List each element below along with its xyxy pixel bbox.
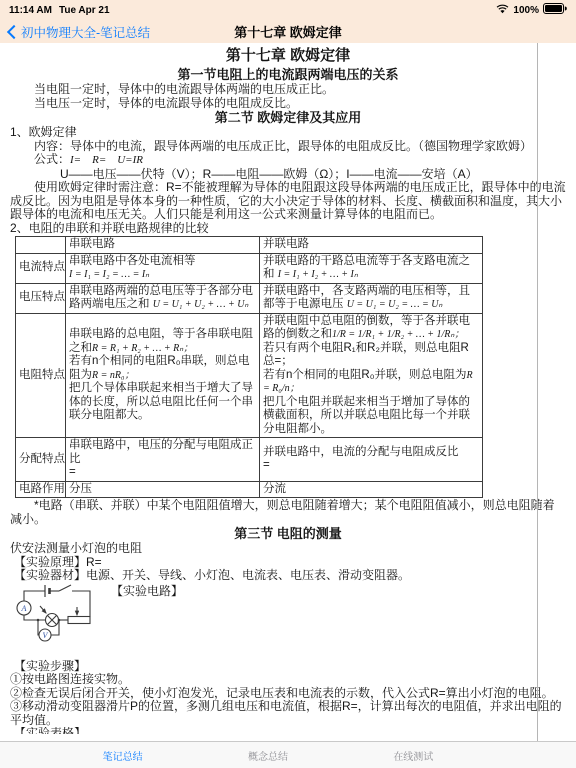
- cell-line: 若有n个相同的电阻R₀串联，则总电阻为R = nR₀；: [69, 355, 256, 382]
- cell-formula: 1/R = 1/R₁ + 1/R₂ + … + 1/Rₙ；: [332, 329, 464, 340]
- cell-line: 串联电路的总电阻，等于各串联电阻之和R = R₁ + R₂ + … + Rₙ；: [69, 328, 256, 355]
- step-1: ①按电路图连接实物。: [10, 673, 566, 687]
- circuit-diagram: A V: [12, 584, 107, 646]
- status-bar: 11:14 AM Tue Apr 21 100%: [0, 0, 576, 20]
- table-row-current: 电流特点 串联电路中各处电流相等 I = I₁ = I₂ = … = Iₙ 并联…: [16, 253, 483, 283]
- row-label: 电路作用: [16, 481, 66, 498]
- cell-formula: I = I₁ + I₂ + … + Iₙ: [278, 269, 358, 280]
- ohm-formula: I= R= U=IR: [70, 154, 143, 166]
- chevron-left-icon: [7, 24, 21, 38]
- compare-heading: 2、电阻的串联和并联电路规律的比较: [10, 222, 566, 236]
- cell-parallel: 并联电路中，电流的分配与电阻成反比 =: [260, 438, 483, 482]
- wifi-icon: [496, 4, 509, 17]
- battery-percent: 100%: [513, 5, 539, 16]
- table-row-voltage: 电压特点 串联电路两端的总电压等于各部分电路两端电压之和 U = U₁ + U₂…: [16, 283, 483, 313]
- header-serial: 串联电路: [66, 237, 260, 254]
- header-empty: [16, 237, 66, 254]
- nav-title: 第十七章 欧姆定律: [234, 22, 342, 41]
- back-button[interactable]: 初中物理大全-笔记总结: [9, 23, 150, 41]
- clipped-line: 【实验表格】: [10, 727, 566, 734]
- cell-serial: 串联电路中，电压的分配与电阻成正比 =: [66, 438, 260, 482]
- cell-parallel: 并联电路中，各支路两端的电压相等，且都等于电源电压 U = U₁ = U₂ = …: [260, 283, 483, 313]
- ohm-content: 内容：导体中的电流，跟导体两端的电压成正比，跟导体的电阻成反比。（德国物理学家欧…: [10, 140, 566, 154]
- table-row-distribution: 分配特点 串联电路中，电压的分配与电阻成正比 = 并联电路中，电流的分配与电阻成…: [16, 438, 483, 482]
- cell-formula: R = nR₀；: [92, 370, 134, 381]
- star-note: *电路（串联、并联）中某个电阻阻值增大，则总电阻随着增大；某个电阻阻值减小，则总…: [10, 499, 566, 526]
- cell-text: 并联电路中，电流的分配与电阻成反比: [263, 446, 479, 460]
- status-date: Tue Apr 21: [59, 5, 110, 16]
- battery-icon: [543, 3, 567, 17]
- cell-serial: 串联电路中各处电流相等 I = I₁ = I₂ = … = Iₙ: [66, 253, 260, 283]
- cell-text: 若有n个相同的电阻R₀并联，则总电阻为: [263, 369, 466, 381]
- cell-line: 把几个导体串联起来相当于增大了导体的长度，所以总电阻比任何一个串联分电阻都大。: [69, 382, 256, 423]
- paragraph: 当电压一定时，导体的电流跟导体的电阻成反比。: [10, 97, 566, 111]
- cell-formula: U = U₁ + U₂ + … + Uₙ: [153, 299, 249, 310]
- cell-serial: 串联电路两端的总电压等于各部分电路两端电压之和 U = U₁ + U₂ + … …: [66, 283, 260, 313]
- document-content: 第十七章 欧姆定律 第一节电阻上的电流跟两端电压的关系 当电阻一定时，导体中的电…: [0, 43, 576, 741]
- cell-line: 若有n个相同的电阻R₀并联，则总电阻为R = R₀/n；: [263, 369, 479, 396]
- step-2: ②检查无误后闭合开关，使小灯泡发光，记录电压表和电流表的示数，代入公式R=算出小…: [10, 687, 566, 701]
- ammeter-label: A: [21, 604, 27, 613]
- page-edge-line: [537, 43, 538, 741]
- cell-formula: U = U₁ = U₂ = … = Uₙ: [347, 299, 443, 310]
- section3-title: 第三节 电阻的测量: [10, 526, 566, 541]
- tab-concept-summary[interactable]: 概念总结: [195, 742, 340, 768]
- circuit-label: 【实验电路】: [111, 585, 183, 599]
- cell-text: 串联电路中，电压的分配与电阻成正比: [69, 439, 256, 466]
- header-parallel: 并联电路: [260, 237, 483, 254]
- app-screen: 11:14 AM Tue Apr 21 100%: [0, 0, 576, 768]
- chapter-title: 第十七章 欧姆定律: [10, 47, 566, 65]
- ohm-formula-line: 公式：I= R= U=IR: [10, 153, 566, 168]
- table-header-row: 串联电路 并联电路: [16, 237, 483, 254]
- cell-line: 若只有两个电阻R₁和R₂并联，则总电阻R总=；: [263, 342, 479, 369]
- row-label: 电流特点: [16, 253, 66, 283]
- cell-formula: =: [69, 466, 256, 480]
- experiment-equipment: 【实验器材】电源、开关、导线、小灯泡、电流表、电压表、滑动变阻器。: [14, 569, 566, 583]
- cell-serial: 串联电路的总电阻，等于各串联电阻之和R = R₁ + R₂ + … + Rₙ； …: [66, 313, 260, 438]
- back-button-label: 初中物理大全-笔记总结: [21, 23, 150, 41]
- circuit-figure: A V 【实验电路】: [12, 584, 566, 646]
- table-row-function: 电路作用 分压 分流: [16, 481, 483, 498]
- cell-parallel: 并联电路的干路总电流等于各支路电流之和 I = I₁ + I₂ + … + Iₙ: [260, 253, 483, 283]
- ohm-units: U——电压——伏特（V）；R——电阻——欧姆（Ω）；I——电流——安培（A）: [60, 168, 566, 182]
- experiment-principle: 【实验原理】R=: [14, 556, 566, 570]
- cell-parallel: 分流: [260, 481, 483, 498]
- cell-formula: R = R₁ + R₂ + … + Rₙ；: [92, 343, 193, 354]
- spacer: [10, 646, 566, 660]
- comparison-table: 串联电路 并联电路 电流特点 串联电路中各处电流相等 I = I₁ = I₂ =…: [15, 236, 483, 498]
- experiment-intro: 伏安法测量小灯泡的电阻: [10, 542, 566, 556]
- ohm-note: 使用欧姆定律时需注意：R=不能被理解为导体的电阻跟这段导体两端的电压成正比，跟导…: [10, 181, 566, 222]
- status-time: 11:14 AM: [9, 5, 52, 16]
- cell-line: 把几个电阻并联起来相当于增加了导体的横截面积，所以并联总电阻比每一个并联分电阻都…: [263, 396, 479, 437]
- row-label: 分配特点: [16, 438, 66, 482]
- cell-parallel: 并联电阻中总电阻的倒数，等于各并联电路的倒数之和1/R = 1/R₁ + 1/R…: [260, 313, 483, 438]
- cell-formula: I = I₁ = I₂ = … = Iₙ: [69, 268, 256, 282]
- cell-serial: 分压: [66, 481, 260, 498]
- cell-formula: =: [263, 459, 479, 473]
- tab-bar: 笔记总结 概念总结 在线测试: [0, 741, 576, 768]
- clipped-text: 【实验表格】: [14, 727, 86, 734]
- section1-title: 第一节电阻上的电流跟两端电压的关系: [10, 67, 566, 82]
- ohm-heading: 1、欧姆定律: [10, 126, 566, 140]
- tab-notes-summary[interactable]: 笔记总结: [50, 742, 195, 768]
- steps-heading: 【实验步骤】: [14, 660, 566, 674]
- cell-text: 串联电路中各处电流相等: [69, 255, 256, 269]
- nav-bar: 初中物理大全-笔记总结 第十七章 欧姆定律: [0, 20, 576, 44]
- table-row-resistance: 电阻特点 串联电路的总电阻，等于各串联电阻之和R = R₁ + R₂ + … +…: [16, 313, 483, 438]
- tab-online-test[interactable]: 在线测试: [341, 742, 486, 768]
- cell-line: 并联电阻中总电阻的倒数，等于各并联电路的倒数之和1/R = 1/R₁ + 1/R…: [263, 315, 479, 342]
- section2-title: 第二节 欧姆定律及其应用: [10, 110, 566, 125]
- formula-label: 公式：: [34, 152, 70, 166]
- row-label: 电压特点: [16, 283, 66, 313]
- row-label: 电阻特点: [16, 313, 66, 438]
- paragraph: 当电阻一定时，导体中的电流跟导体两端的电压成正比。: [10, 83, 566, 97]
- step-3: ③移动滑动变阻器滑片P的位置，多测几组电压和电流值，根据R=，计算出每次的电阻值…: [10, 700, 566, 727]
